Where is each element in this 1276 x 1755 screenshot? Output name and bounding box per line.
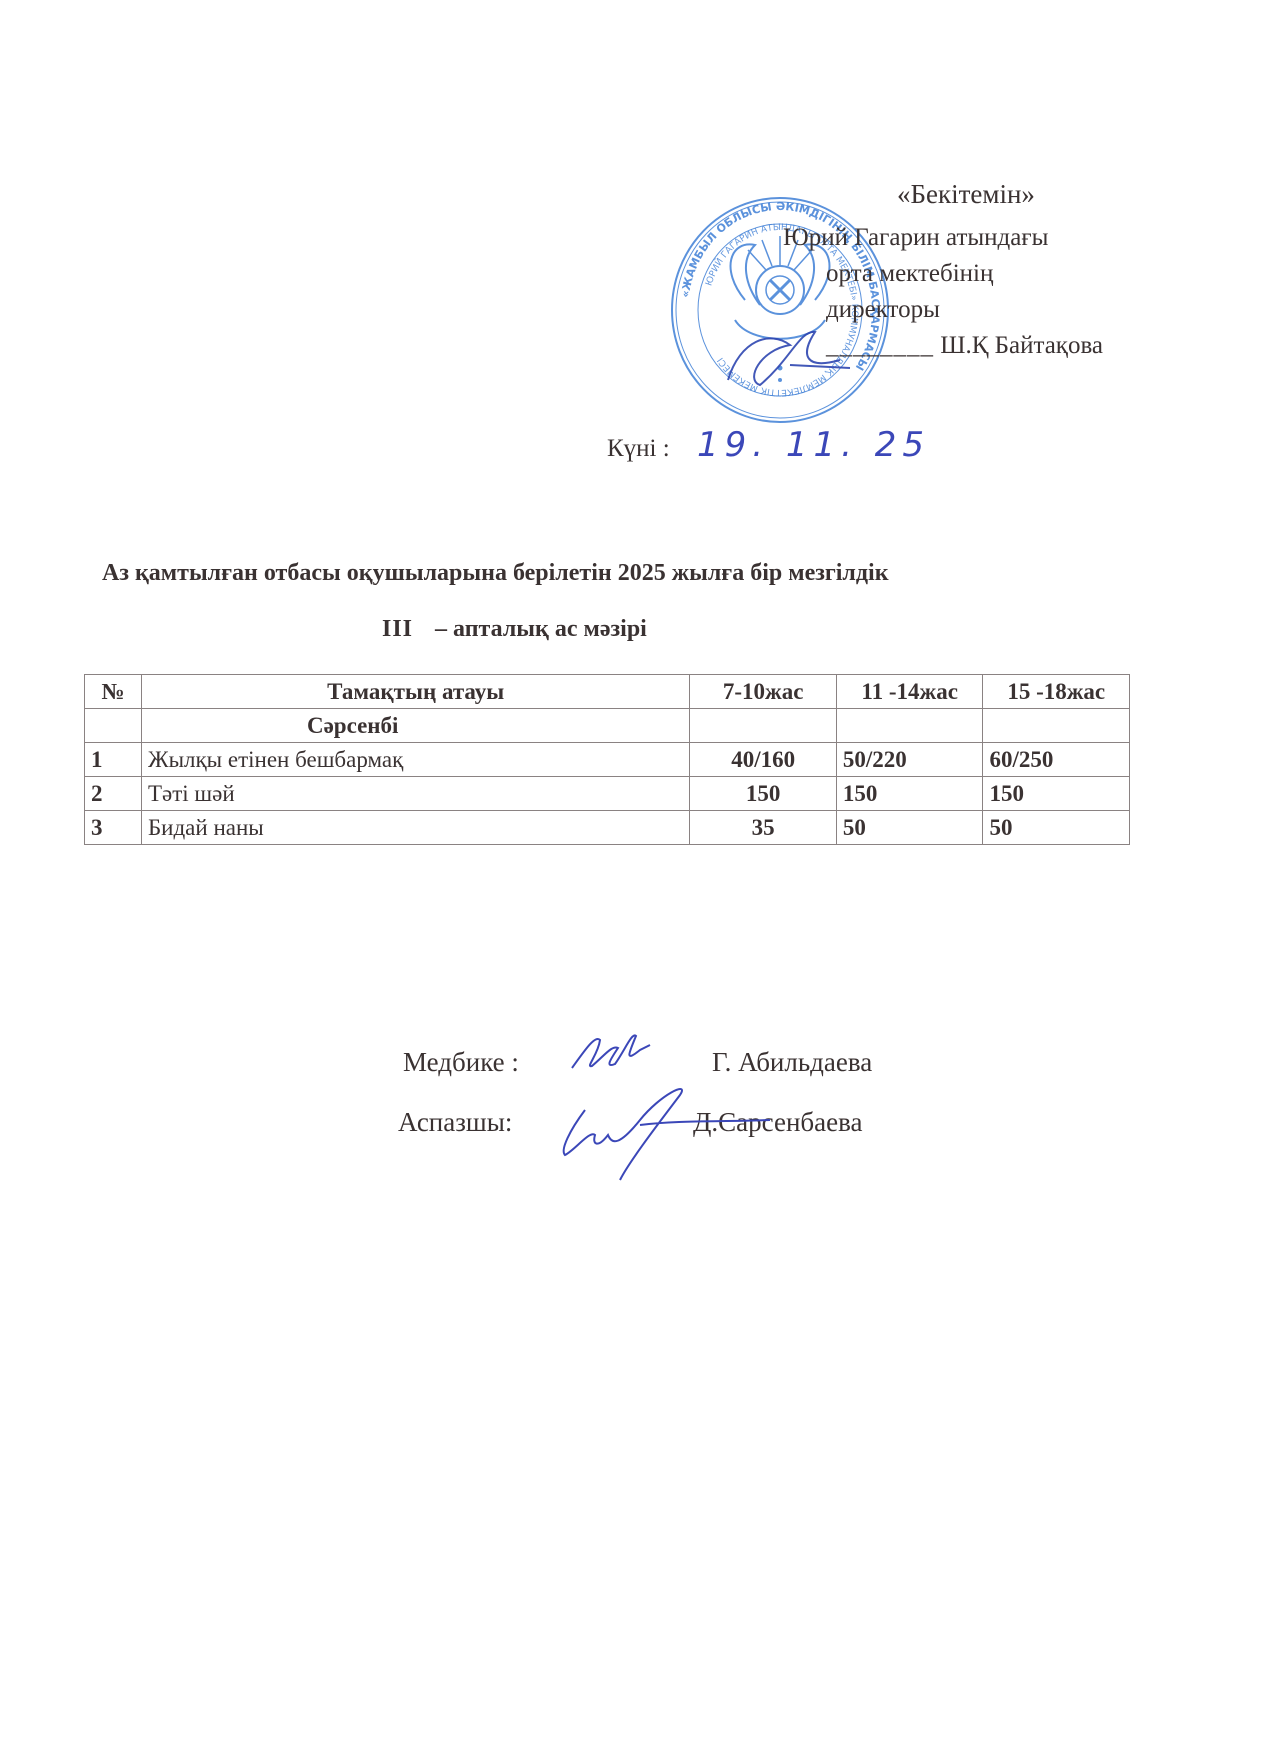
header-age-11-14: 11 -14жас xyxy=(836,675,983,709)
document-title: Аз қамтылған отбасы оқушыларына берілеті… xyxy=(102,560,889,587)
table-row: 1 Жылқы етінен бешбармақ 40/160 50/220 6… xyxy=(85,743,1130,777)
dish-name: Жылқы етінен бешбармақ xyxy=(141,743,689,777)
dish-name: Тәті шәй xyxy=(141,777,689,811)
approval-school-type-line: орта мектебінің xyxy=(826,258,993,290)
table-header-row: № Тамақтың атауы 7-10жас 11 -14жас 15 -1… xyxy=(85,675,1130,709)
menu-table: № Тамақтың атауы 7-10жас 11 -14жас 15 -1… xyxy=(84,674,1130,845)
date-row: Күні : 19. 11. 25 xyxy=(607,435,670,463)
approval-title: «Бекітемін» xyxy=(897,178,1035,210)
header-dish-name: Тамақтың атауы xyxy=(141,675,689,709)
table-row: 2 Тәті шәй 150 150 150 xyxy=(85,777,1130,811)
cook-label: Аспазшы: xyxy=(398,1107,512,1138)
approval-school-line: Юрий Гагарин атындағы xyxy=(783,222,1048,254)
director-name: Ш.Қ Байтақова xyxy=(940,332,1103,359)
signature-blank: ________ xyxy=(826,332,934,359)
handwritten-signatures xyxy=(0,0,1276,1755)
document-subtitle: ІІІ – апталық ас мәзірі xyxy=(382,616,647,643)
day-label: Сәрсенбі xyxy=(141,709,689,743)
header-age-15-18: 15 -18жас xyxy=(983,675,1130,709)
handwritten-date: 19. 11. 25 xyxy=(697,425,930,465)
day-row: Сәрсенбі xyxy=(85,709,1130,743)
official-stamp: «ЖАМБЫЛ ОБЛЫСЫ ӘКІМДІГІНІҢ БІЛІМ БАСҚАРМ… xyxy=(0,0,1276,1755)
approval-director-line: ________ Ш.Қ Байтақова xyxy=(826,330,1103,362)
date-label: Күні : xyxy=(607,435,670,462)
nurse-signature xyxy=(572,1035,650,1068)
nurse-label: Медбике : xyxy=(403,1047,519,1078)
cook-name: Д.Сарсенбаева xyxy=(693,1107,863,1138)
approval-position-line: директоры xyxy=(826,294,940,326)
dish-name: Бидай наны xyxy=(141,811,689,845)
nurse-name: Г. Абильдаева xyxy=(712,1047,872,1078)
table-row: 3 Бидай наны 35 50 50 xyxy=(85,811,1130,845)
subtitle-text: – апталық ас мәзірі xyxy=(435,616,647,642)
week-number: ІІІ xyxy=(382,616,413,642)
header-number: № xyxy=(85,675,142,709)
header-age-7-10: 7-10жас xyxy=(690,675,837,709)
